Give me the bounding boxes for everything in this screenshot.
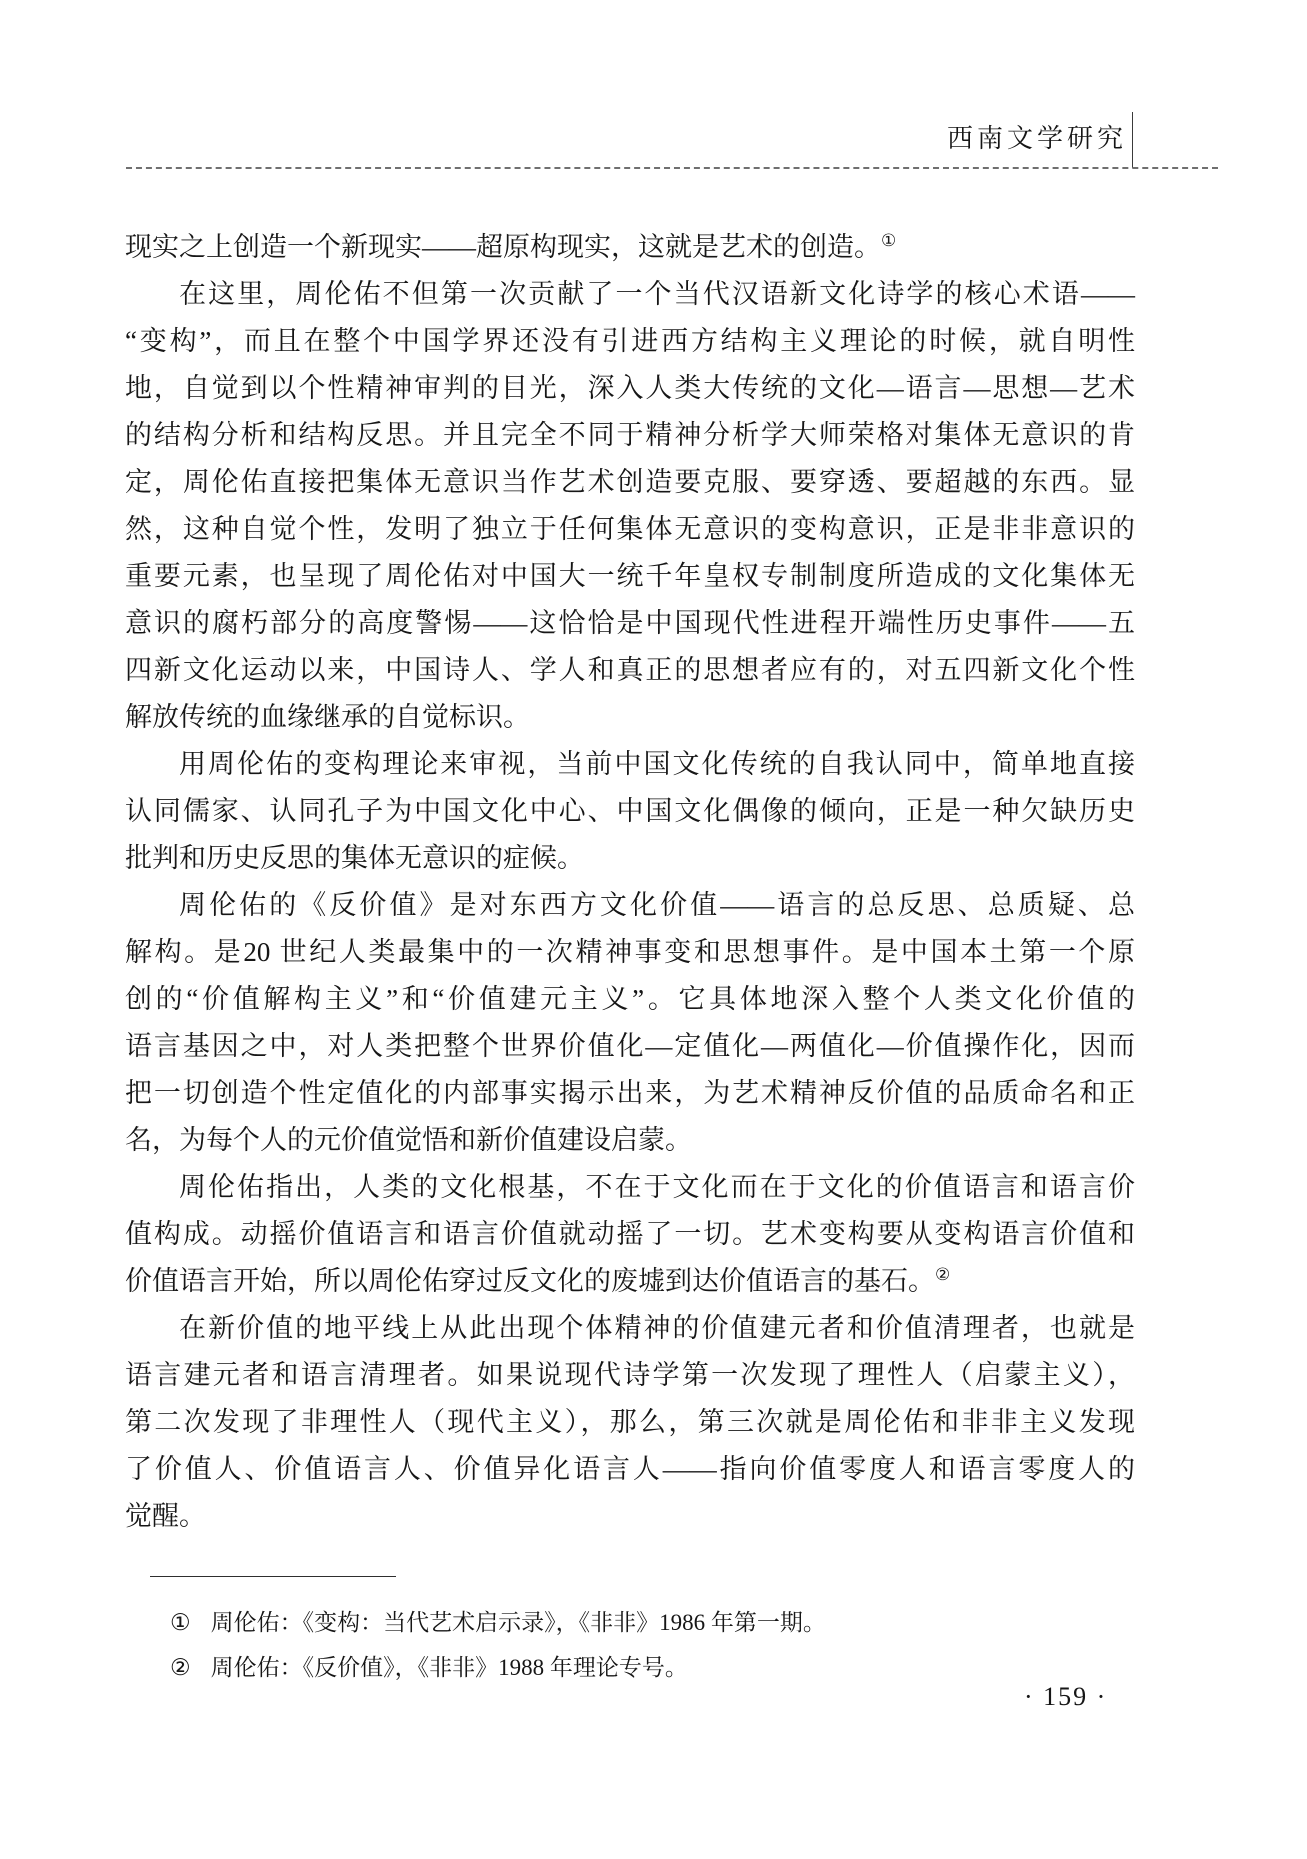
body-line-text: 在这里，周伦佑不但第一次贡献了一个当代汉语新文化诗学的核心术语—— (179, 279, 1135, 309)
body-line-text: 值构成。动摇价值语言和语言价值就动摇了一切。艺术变构要从变构语言价值和 (125, 1219, 1135, 1249)
body-line-text: 第二次发现了非理性人（现代主义），那么，第三次就是周伦佑和非非主义发现 (125, 1407, 1135, 1437)
body-line: 四新文化运动以来，中国诗人、学人和真正的思想者应有的，对五四新文化个性 (125, 647, 1135, 694)
body-line-text: 创的“价值解构主义”和“价值建元主义”。它具体地深入整个人类文化价值的 (125, 984, 1135, 1014)
body-line: 在新价值的地平线上从此出现个体精神的价值建元者和价值清理者，也就是 (125, 1305, 1135, 1352)
body-line: 创的“价值解构主义”和“价值建元主义”。它具体地深入整个人类文化价值的 (125, 976, 1135, 1023)
body-line: 语言基因之中，对人类把整个世界价值化—定值化—两值化—价值操作化，因而 (125, 1023, 1135, 1070)
body-line: “变构”，而且在整个中国学界还没有引进西方结构主义理论的时候，就自明性 (125, 318, 1135, 365)
document-page: 西南文学研究 现实之上创造一个新现实——超原构现实，这就是艺术的创造。① 在这里… (0, 0, 1307, 1859)
body-line-text: 价值语言开始，所以周伦佑穿过反文化的废墟到达价值语言的基石。 (125, 1266, 935, 1296)
body-line: 的结构分析和结构反思。并且完全不同于精神分析学大师荣格对集体无意识的肯 (125, 412, 1135, 459)
footnotes: ① 周伦佑：《变构：当代艺术启示录》，《非非》1986 年第一期。 ② 周伦佑：… (125, 1600, 1135, 1690)
body-line: 周伦佑指出，人类的文化根基，不在于文化而在于文化的价值语言和语言价 (125, 1164, 1135, 1211)
body-line-text: 意识的腐朽部分的高度警惕——这恰恰是中国现代性进程开端性历史事件——五 (125, 608, 1135, 638)
body-line: 然，这种自觉个性，发明了独立于任何集体无意识的变构意识，正是非非意识的 (125, 506, 1135, 553)
body-line: 价值语言开始，所以周伦佑穿过反文化的废墟到达价值语言的基石。② (125, 1258, 1135, 1305)
footnote-text: 周伦佑：《反价值》，《非非》1988 年理论专号。 (211, 1645, 688, 1690)
body-line: 语言建元者和语言清理者。如果说现代诗学第一次发现了理性人（启蒙主义）， (125, 1352, 1135, 1399)
body-line-text: 语言建元者和语言清理者。如果说现代诗学第一次发现了理性人（启蒙主义）， (125, 1360, 1135, 1390)
body-line-text: 把一切创造个性定值化的内部事实揭示出来，为艺术精神反价值的品质命名和正 (125, 1078, 1135, 1108)
journal-title: 西南文学研究 (947, 118, 1127, 155)
header-dashed-rule (126, 167, 1218, 169)
body-line: 把一切创造个性定值化的内部事实揭示出来，为艺术精神反价值的品质命名和正 (125, 1070, 1135, 1117)
body-line-text: 定，周伦佑直接把集体无意识当作艺术创造要克服、要穿透、要超越的东西。显 (125, 467, 1135, 497)
body-line: 定，周伦佑直接把集体无意识当作艺术创造要克服、要穿透、要超越的东西。显 (125, 459, 1135, 506)
body-line: 第二次发现了非理性人（现代主义），那么，第三次就是周伦佑和非非主义发现 (125, 1399, 1135, 1446)
footnote-ref-2: ② (935, 1265, 950, 1284)
body-line: 批判和历史反思的集体无意识的症候。 (125, 835, 1135, 882)
body-line-text: 然，这种自觉个性，发明了独立于任何集体无意识的变构意识，正是非非意识的 (125, 514, 1135, 544)
body-line: 周伦佑的《反价值》是对东西方文化价值——语言的总反思、总质疑、总 (125, 882, 1135, 929)
body-line: 意识的腐朽部分的高度警惕——这恰恰是中国现代性进程开端性历史事件——五 (125, 600, 1135, 647)
body-line: 解构。是20 世纪人类最集中的一次精神事变和思想事件。是中国本土第一个原 (125, 929, 1135, 976)
body-line-text: 解构。是20 世纪人类最集中的一次精神事变和思想事件。是中国本土第一个原 (125, 937, 1135, 967)
body-line: 用周伦佑的变构理论来审视，当前中国文化传统的自我认同中，简单地直接 (125, 741, 1135, 788)
body-line: 在这里，周伦佑不但第一次贡献了一个当代汉语新文化诗学的核心术语—— (125, 271, 1135, 318)
body-line: 解放传统的血缘继承的自觉标识。 (125, 694, 1135, 741)
body-line-text: 重要元素，也呈现了周伦佑对中国大一统千年皇权专制制度所造成的文化集体无 (125, 561, 1135, 591)
body-line-text: 用周伦佑的变构理论来审视，当前中国文化传统的自我认同中，简单地直接 (179, 749, 1135, 779)
body-line-text: 周伦佑指出，人类的文化根基，不在于文化而在于文化的价值语言和语言价 (179, 1172, 1135, 1202)
footnote-ref-1: ① (881, 231, 896, 250)
body-line-text: 觉醒。 (125, 1501, 206, 1531)
page-number: · 159 · (1024, 1682, 1107, 1712)
header-vertical-rule (1132, 112, 1133, 168)
body-line: 名，为每个人的元价值觉悟和新价值建设启蒙。 (125, 1117, 1135, 1164)
body-line-text: 现实之上创造一个新现实——超原构现实，这就是艺术的创造。 (125, 232, 881, 262)
body-line-text: 在新价值的地平线上从此出现个体精神的价值建元者和价值清理者，也就是 (179, 1313, 1135, 1343)
footnote-item: ① 周伦佑：《变构：当代艺术启示录》，《非非》1986 年第一期。 (125, 1600, 1135, 1645)
body-line: 了价值人、价值语言人、价值异化语言人——指向价值零度人和语言零度人的 (125, 1446, 1135, 1493)
body-line-text: 语言基因之中，对人类把整个世界价值化—定值化—两值化—价值操作化，因而 (125, 1031, 1135, 1061)
body-line-text: “变构”，而且在整个中国学界还没有引进西方结构主义理论的时候，就自明性 (125, 326, 1135, 356)
body-line-text: 解放传统的血缘继承的自觉标识。 (125, 702, 530, 732)
body-line-text: 的结构分析和结构反思。并且完全不同于精神分析学大师荣格对集体无意识的肯 (125, 420, 1135, 450)
body-line: 现实之上创造一个新现实——超原构现实，这就是艺术的创造。① (125, 224, 1135, 271)
body-line-text: 地，自觉到以个性精神审判的目光，深入人类大传统的文化—语言—思想—艺术 (125, 373, 1135, 403)
body-line: 地，自觉到以个性精神审判的目光，深入人类大传统的文化—语言—思想—艺术 (125, 365, 1135, 412)
body-line-text: 批判和历史反思的集体无意识的症候。 (125, 843, 584, 873)
body-line-text: 了价值人、价值语言人、价值异化语言人——指向价值零度人和语言零度人的 (125, 1454, 1135, 1484)
body-line-text: 周伦佑的《反价值》是对东西方文化价值——语言的总反思、总质疑、总 (179, 890, 1135, 920)
footnote-text: 周伦佑：《变构：当代艺术启示录》，《非非》1986 年第一期。 (211, 1600, 826, 1645)
body-line: 重要元素，也呈现了周伦佑对中国大一统千年皇权专制制度所造成的文化集体无 (125, 553, 1135, 600)
footnote-separator-rule (150, 1576, 396, 1577)
body-line-text: 四新文化运动以来，中国诗人、学人和真正的思想者应有的，对五四新文化个性 (125, 655, 1135, 685)
body-line: 觉醒。 (125, 1493, 1135, 1540)
body-line-text: 名，为每个人的元价值觉悟和新价值建设启蒙。 (125, 1125, 692, 1155)
footnote-marker: ① (170, 1600, 191, 1645)
body-line-text: 认同儒家、认同孔子为中国文化中心、中国文化偶像的倾向，正是一种欠缺历史 (125, 796, 1135, 826)
body-line: 值构成。动摇价值语言和语言价值就动摇了一切。艺术变构要从变构语言价值和 (125, 1211, 1135, 1258)
footnote-marker: ② (170, 1645, 191, 1690)
footnote-item: ② 周伦佑：《反价值》，《非非》1988 年理论专号。 (125, 1645, 1135, 1690)
body-text: 现实之上创造一个新现实——超原构现实，这就是艺术的创造。① 在这里，周伦佑不但第… (125, 224, 1135, 1540)
body-line: 认同儒家、认同孔子为中国文化中心、中国文化偶像的倾向，正是一种欠缺历史 (125, 788, 1135, 835)
